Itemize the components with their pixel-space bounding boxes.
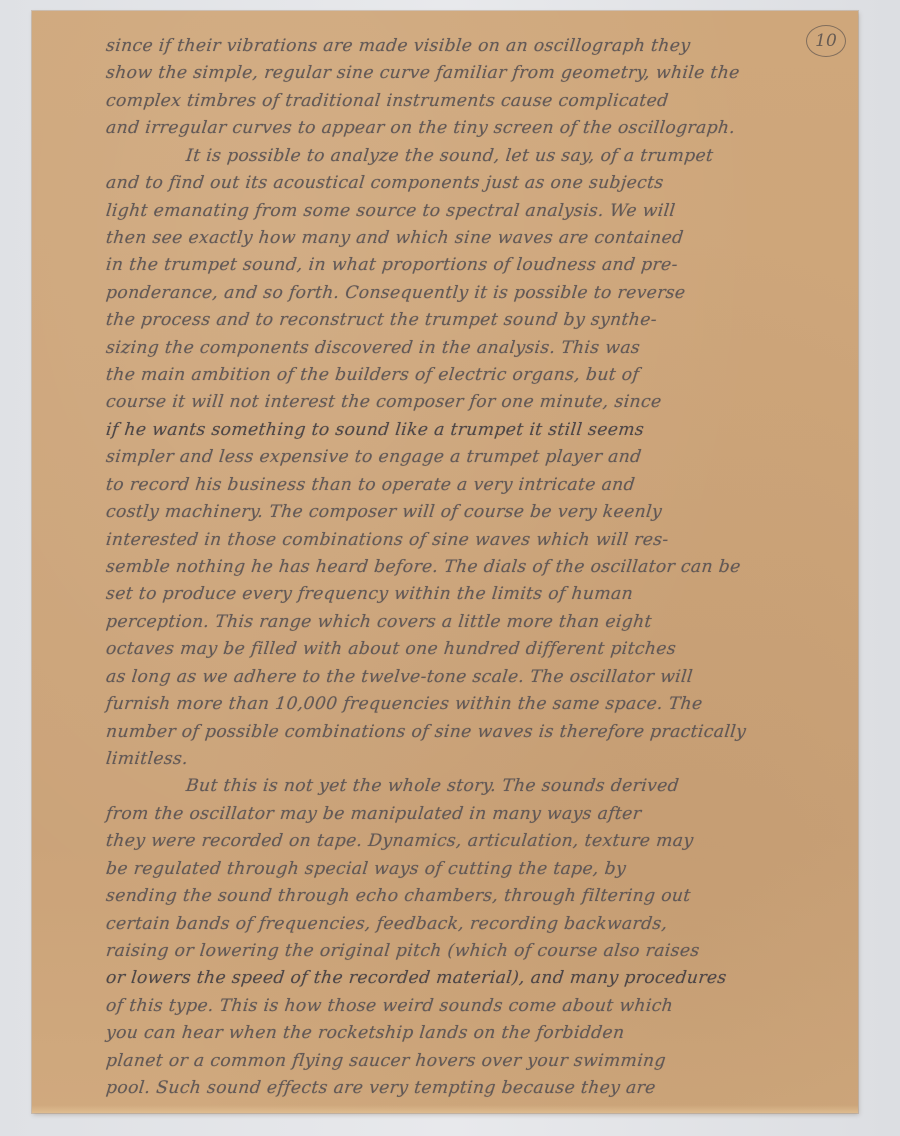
text-line: if he wants something to sound like a tr… xyxy=(105,417,848,444)
text-line: planet or a common flying saucer hovers … xyxy=(105,1048,848,1075)
text-line: show the simple, regular sine curve fami… xyxy=(105,60,848,87)
text-line: complex timbres of traditional instrumen… xyxy=(105,88,848,115)
text-line: pool. Such sound effects are very tempti… xyxy=(105,1075,848,1102)
text-line: semble nothing he has heard before. The … xyxy=(105,554,848,581)
text-line: sizing the components discovered in the … xyxy=(105,335,848,362)
text-line: simpler and less expensive to engage a t… xyxy=(105,444,848,471)
text-line: set to produce every frequency within th… xyxy=(105,581,848,608)
text-line: they were recorded on tape. Dynamics, ar… xyxy=(105,828,848,855)
paragraph-start-line: But this is not yet the whole story. The… xyxy=(105,773,848,800)
text-line: and irregular curves to appear on the ti… xyxy=(105,115,848,142)
text-line: interested in those combinations of sine… xyxy=(105,527,848,554)
text-line: ponderance, and so forth. Consequently i… xyxy=(105,280,848,307)
text-line: costly machinery. The composer will of c… xyxy=(105,499,848,526)
text-line: limitless. xyxy=(105,746,848,773)
text-line: then see exactly how many and which sine… xyxy=(105,225,848,252)
text-line: or lowers the speed of the recorded mate… xyxy=(105,965,848,992)
text-line: the process and to reconstruct the trump… xyxy=(105,307,848,334)
paragraph-start-line: It is possible to analyze the sound, let… xyxy=(105,143,848,170)
text-line: the main ambition of the builders of ele… xyxy=(105,362,848,389)
text-line: in the trumpet sound, in what proportion… xyxy=(105,252,848,279)
text-line: since if their vibrations are made visib… xyxy=(105,33,848,60)
text-line: furnish more than 10,000 frequencies wit… xyxy=(105,691,848,718)
text-line: course it will not interest the composer… xyxy=(105,389,848,416)
text-line: from the oscillator may be manipulated i… xyxy=(105,801,848,828)
text-line: be regulated through special ways of cut… xyxy=(105,856,848,883)
text-line: as long as we adhere to the twelve-tone … xyxy=(105,664,848,691)
text-line: sending the sound through echo chambers,… xyxy=(105,883,848,910)
text-line: octaves may be filled with about one hun… xyxy=(105,636,848,663)
text-line: light emanating from some source to spec… xyxy=(105,198,848,225)
manuscript-page: 10 since if their vibrations are made vi… xyxy=(32,11,858,1113)
text-line: of this type. This is how those weird so… xyxy=(105,993,848,1020)
handwritten-text-block: since if their vibrations are made visib… xyxy=(106,33,846,1102)
text-line: you can hear when the rocketship lands o… xyxy=(105,1020,848,1047)
text-line: raising or lowering the original pitch (… xyxy=(105,938,848,965)
text-line: certain bands of frequencies, feedback, … xyxy=(105,911,848,938)
text-line: perception. This range which covers a li… xyxy=(105,609,848,636)
text-line: and to find out its acoustical component… xyxy=(105,170,848,197)
text-line: number of possible combinations of sine … xyxy=(105,719,848,746)
text-line: to record his business than to operate a… xyxy=(105,472,848,499)
